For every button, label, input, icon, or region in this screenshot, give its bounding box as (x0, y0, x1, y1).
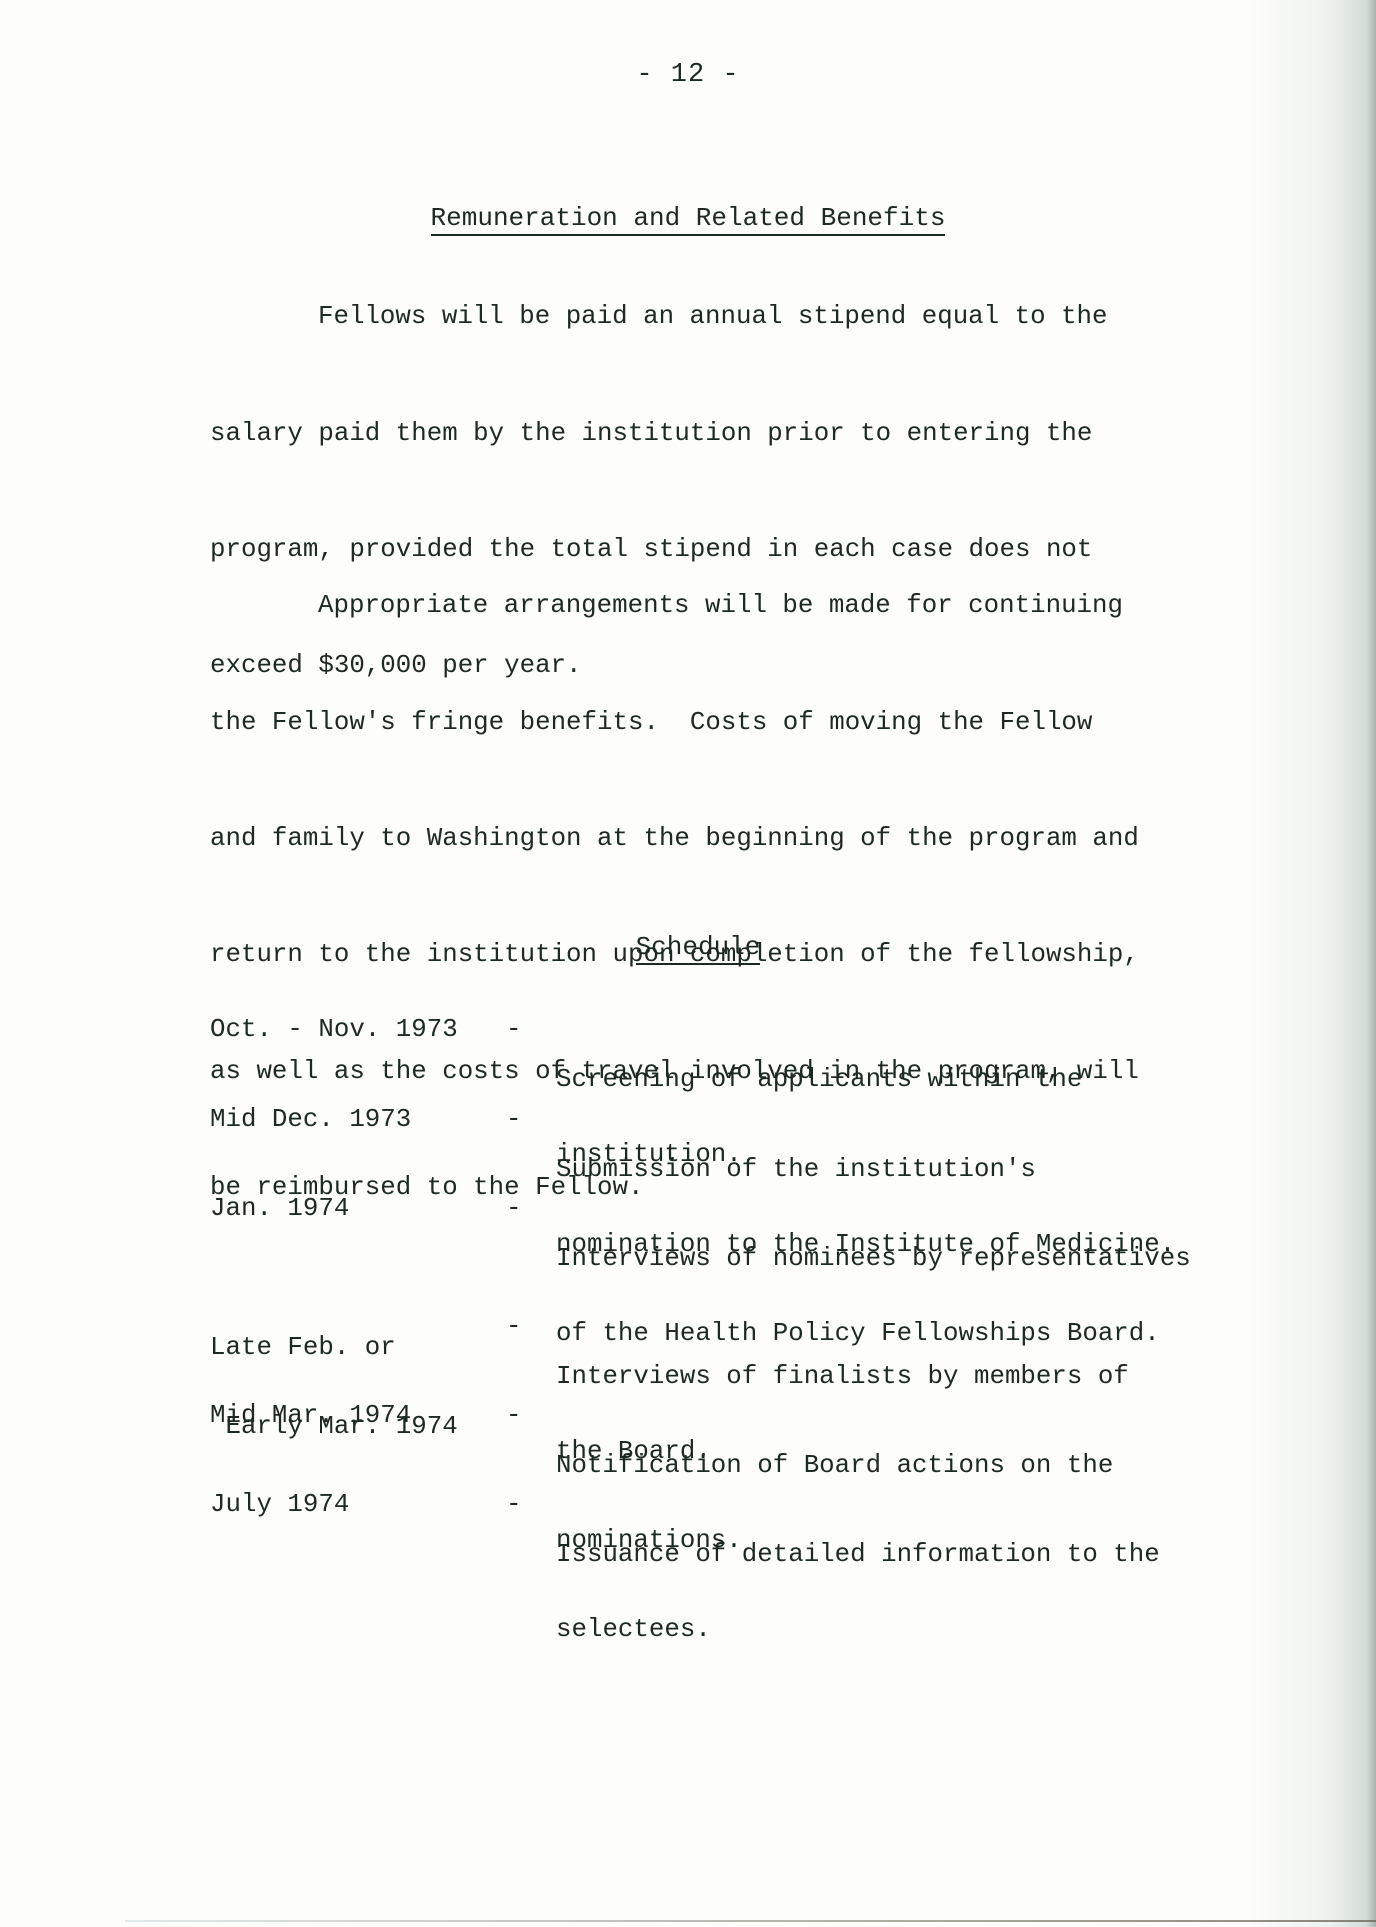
schedule-date: July 1974 (210, 1492, 349, 1517)
schedule-description-line: Issuance of detailed information to the (556, 1542, 1160, 1567)
paragraph-line: salary paid them by the institution prio… (210, 405, 1210, 463)
schedule-date-line: Mid Dec. 1973 (210, 1105, 411, 1134)
paragraph-line: Appropriate arrangements will be made fo… (210, 577, 1210, 635)
schedule-separator: - (506, 1403, 521, 1428)
schedule-date: Oct. - Nov. 1973 (210, 1017, 458, 1042)
paragraph-line: the Fellow's fringe benefits. Costs of m… (210, 694, 1210, 752)
schedule-date-line: Mid Mar. 1974 (210, 1401, 411, 1430)
schedule-date: Mid Mar. 1974 (210, 1403, 411, 1428)
schedule-item: Mid Dec. 1973 - Submission of the instit… (210, 1107, 1230, 1196)
section-heading-remuneration: Remuneration and Related Benefits (0, 203, 1376, 233)
schedule-item: Oct. - Nov. 1973 - Screening of applican… (210, 1017, 1230, 1107)
section-heading-schedule-text: Schedule (636, 932, 761, 965)
schedule-list: Oct. - Nov. 1973 - Screening of applican… (210, 1017, 1230, 1581)
schedule-date-line: Oct. - Nov. 1973 (210, 1015, 458, 1044)
paragraph-line: Fellows will be paid an annual stipend e… (210, 288, 1210, 346)
schedule-item: Mid Mar. 1974 - Notification of Board ac… (210, 1403, 1230, 1492)
schedule-item: July 1974 - Issuance of detailed informa… (210, 1492, 1230, 1581)
schedule-separator: - (506, 1017, 521, 1042)
schedule-description-line: Interviews of finalists by members of (556, 1364, 1129, 1389)
schedule-separator: - (506, 1492, 521, 1517)
schedule-separator: - (506, 1196, 521, 1221)
section-heading-schedule: Schedule (10, 932, 1376, 962)
page-number: - 12 - (0, 60, 1376, 90)
schedule-date: Mid Dec. 1973 (210, 1107, 411, 1132)
page-bottom-edge (125, 1920, 1376, 1922)
schedule-item: Late Feb. or Early Mar. 1974 - Interview… (210, 1285, 1230, 1403)
schedule-item: Jan. 1974 - Interviews of nominees by re… (210, 1196, 1230, 1285)
schedule-description: Issuance of detailed information to the … (556, 1492, 1160, 1692)
schedule-separator: - (506, 1314, 521, 1339)
schedule-description-line: Screening of applicants within the (556, 1067, 1082, 1092)
schedule-date-line: July 1974 (210, 1490, 349, 1519)
schedule-separator: - (506, 1107, 521, 1132)
schedule-description-line: Submission of the institution's (556, 1157, 1175, 1182)
schedule-date-line: Jan. 1974 (210, 1194, 349, 1223)
schedule-description-line: selectees. (556, 1617, 1160, 1642)
schedule-date-line: Late Feb. or (210, 1335, 458, 1360)
schedule-description-line: Interviews of nominees by representative… (556, 1246, 1191, 1271)
schedule-date: Jan. 1974 (210, 1196, 349, 1221)
schedule-description-line: Notification of Board actions on the (556, 1453, 1113, 1478)
paragraph-line: and family to Washington at the beginnin… (210, 810, 1210, 868)
document-page: - 12 - Remuneration and Related Benefits… (0, 0, 1376, 1927)
